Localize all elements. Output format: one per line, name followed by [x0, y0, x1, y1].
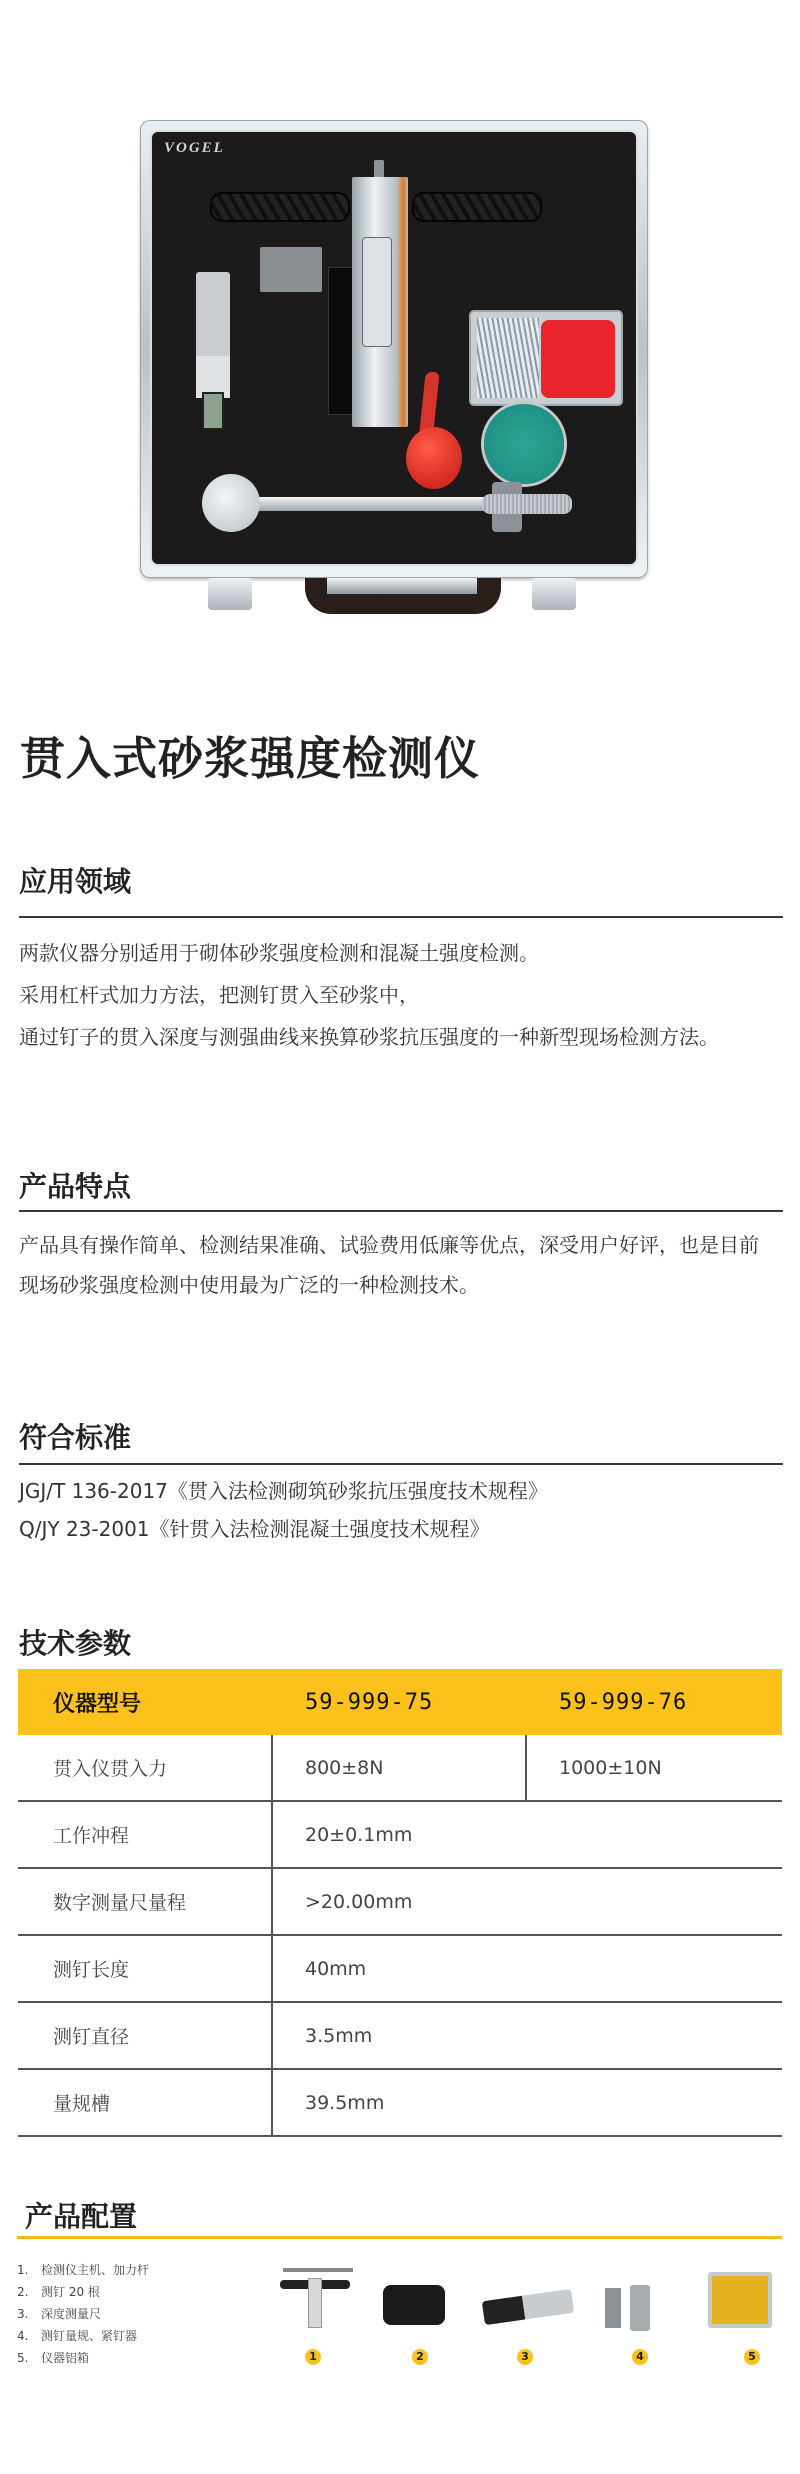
config-item: 4.测钉量规、紧钉器: [17, 2325, 149, 2347]
row-value: 39.5mm: [273, 2070, 527, 2135]
specs-table-header: 仪器型号 59-999-75 59-999-76: [18, 1669, 782, 1735]
section-heading-features: 产品特点: [19, 1165, 131, 1205]
row-value: 20±0.1mm: [273, 1802, 527, 1867]
config-divider: [17, 2236, 782, 2239]
depth-gauge: [196, 272, 230, 482]
section-divider: [19, 1463, 783, 1465]
nail-box: [469, 310, 623, 406]
lever-rod-head: [202, 474, 260, 532]
row-label: 贯入仪贯入力: [18, 1735, 273, 1800]
case-foam-interior: VOGEL: [152, 132, 636, 564]
test-nails: [477, 318, 539, 398]
instrument-label-plate: [362, 237, 392, 347]
thumb-aluminum-case: [708, 2272, 772, 2328]
case-latch-right: [532, 578, 576, 610]
instrument-side-plate: [328, 267, 354, 415]
right-grip: [412, 192, 542, 222]
lever-rod-grip: [482, 494, 572, 514]
air-blower-bulb: [406, 427, 462, 489]
row-value: 3.5mm: [273, 2003, 527, 2068]
header-model-76: 59-999-76: [527, 1690, 782, 1715]
row-value: 40mm: [273, 1936, 527, 2001]
thumb-nail-gauge: [605, 2288, 621, 2328]
red-lid: [541, 320, 615, 398]
gauge-lcd-display: [202, 392, 224, 430]
config-list: 1.检测仪主机、加力杆 2.测钉 20 根 3.深度测量尺 4.测钉量规、紧钉器…: [17, 2259, 149, 2369]
section-divider: [19, 916, 783, 918]
thumb-depth-gauge: [482, 2289, 574, 2325]
badge-1: 1: [305, 2349, 321, 2365]
product-photo-case: VOGEL: [140, 120, 648, 578]
table-row: 工作冲程 20±0.1mm: [18, 1802, 782, 1869]
case-handle-metal: [327, 578, 477, 594]
case-latch-left: [208, 578, 252, 610]
config-item: 1.检测仪主机、加力杆: [17, 2259, 149, 2281]
brand-logo: VOGEL: [164, 140, 225, 157]
page-title: 贯入式砂浆强度检测仪: [20, 722, 480, 787]
config-item: 3.深度测量尺: [17, 2303, 149, 2325]
config-item: 5.仪器铝箱: [17, 2347, 149, 2369]
thumb-test-nails-box: [383, 2285, 445, 2325]
application-line: 采用杠杆式加力方法，把测钉贯入至砂浆中，: [19, 974, 789, 1016]
section-divider: [19, 1210, 783, 1212]
standard-item: JGJ/T 136-2017《贯入法检测砌筑砂浆抗压强度技术规程》: [19, 1472, 548, 1510]
thumb-lever-rod: [283, 2268, 353, 2272]
row-label: 数字测量尺量程: [18, 1869, 273, 1934]
application-line: 通过钉子的贯入深度与测强曲线来换算砂浆抗压强度的一种新型现场检测方法。: [19, 1016, 789, 1058]
standard-item: Q/JY 23-2001《针贯入法检测混凝土强度技术规程》: [19, 1510, 548, 1548]
standards-list: JGJ/T 136-2017《贯入法检测砌筑砂浆抗压强度技术规程》 Q/JY 2…: [19, 1472, 548, 1548]
thumb-nail-tightener: [630, 2285, 650, 2331]
application-line: 两款仪器分别适用于砌体砂浆强度检测和混凝土强度检测。: [19, 932, 789, 974]
table-row: 贯入仪贯入力 800±8N 1000±10N: [18, 1735, 782, 1802]
case-handle: [305, 578, 501, 614]
specs-table: 仪器型号 59-999-75 59-999-76 贯入仪贯入力 800±8N 1…: [18, 1669, 782, 2137]
hook-cutout: [260, 247, 322, 292]
row-value-75: 800±8N: [273, 1735, 527, 1800]
section-heading-config: 产品配置: [25, 2195, 137, 2235]
badge-2: 2: [412, 2349, 428, 2365]
badge-5: 5: [744, 2349, 760, 2365]
table-row: 测钉直径 3.5mm: [18, 2003, 782, 2070]
table-row: 数字测量尺量程 >20.00mm: [18, 1869, 782, 1936]
header-model-label: 仪器型号: [18, 1687, 273, 1718]
table-row: 量规槽 39.5mm: [18, 2070, 782, 2137]
row-value-76: 1000±10N: [527, 1735, 782, 1800]
header-model-75: 59-999-75: [273, 1690, 527, 1715]
row-label: 量规槽: [18, 2070, 273, 2135]
config-item: 2.测钉 20 根: [17, 2281, 149, 2303]
row-label: 工作冲程: [18, 1802, 273, 1867]
table-row: 测钉长度 40mm: [18, 1936, 782, 2003]
green-sponge-disc: [484, 404, 564, 484]
instrument-body: [352, 177, 408, 427]
badge-3: 3: [517, 2349, 533, 2365]
thumb-instrument-body: [308, 2278, 322, 2328]
section-heading-application: 应用领域: [19, 860, 131, 900]
section-heading-standards: 符合标准: [19, 1416, 131, 1456]
left-grip: [210, 192, 350, 222]
application-text: 两款仪器分别适用于砌体砂浆强度检测和混凝土强度检测。 采用杠杆式加力方法，把测钉…: [19, 932, 789, 1058]
section-heading-specs: 技术参数: [19, 1622, 131, 1662]
row-label: 测钉长度: [18, 1936, 273, 2001]
row-value: >20.00mm: [273, 1869, 527, 1934]
thumb-main-instrument: [280, 2268, 350, 2328]
badge-4: 4: [632, 2349, 648, 2365]
row-label: 测钉直径: [18, 2003, 273, 2068]
features-text: 产品具有操作简单、检测结果准确、试验费用低廉等优点，深受用户好评，也是目前现场砂…: [19, 1225, 771, 1305]
